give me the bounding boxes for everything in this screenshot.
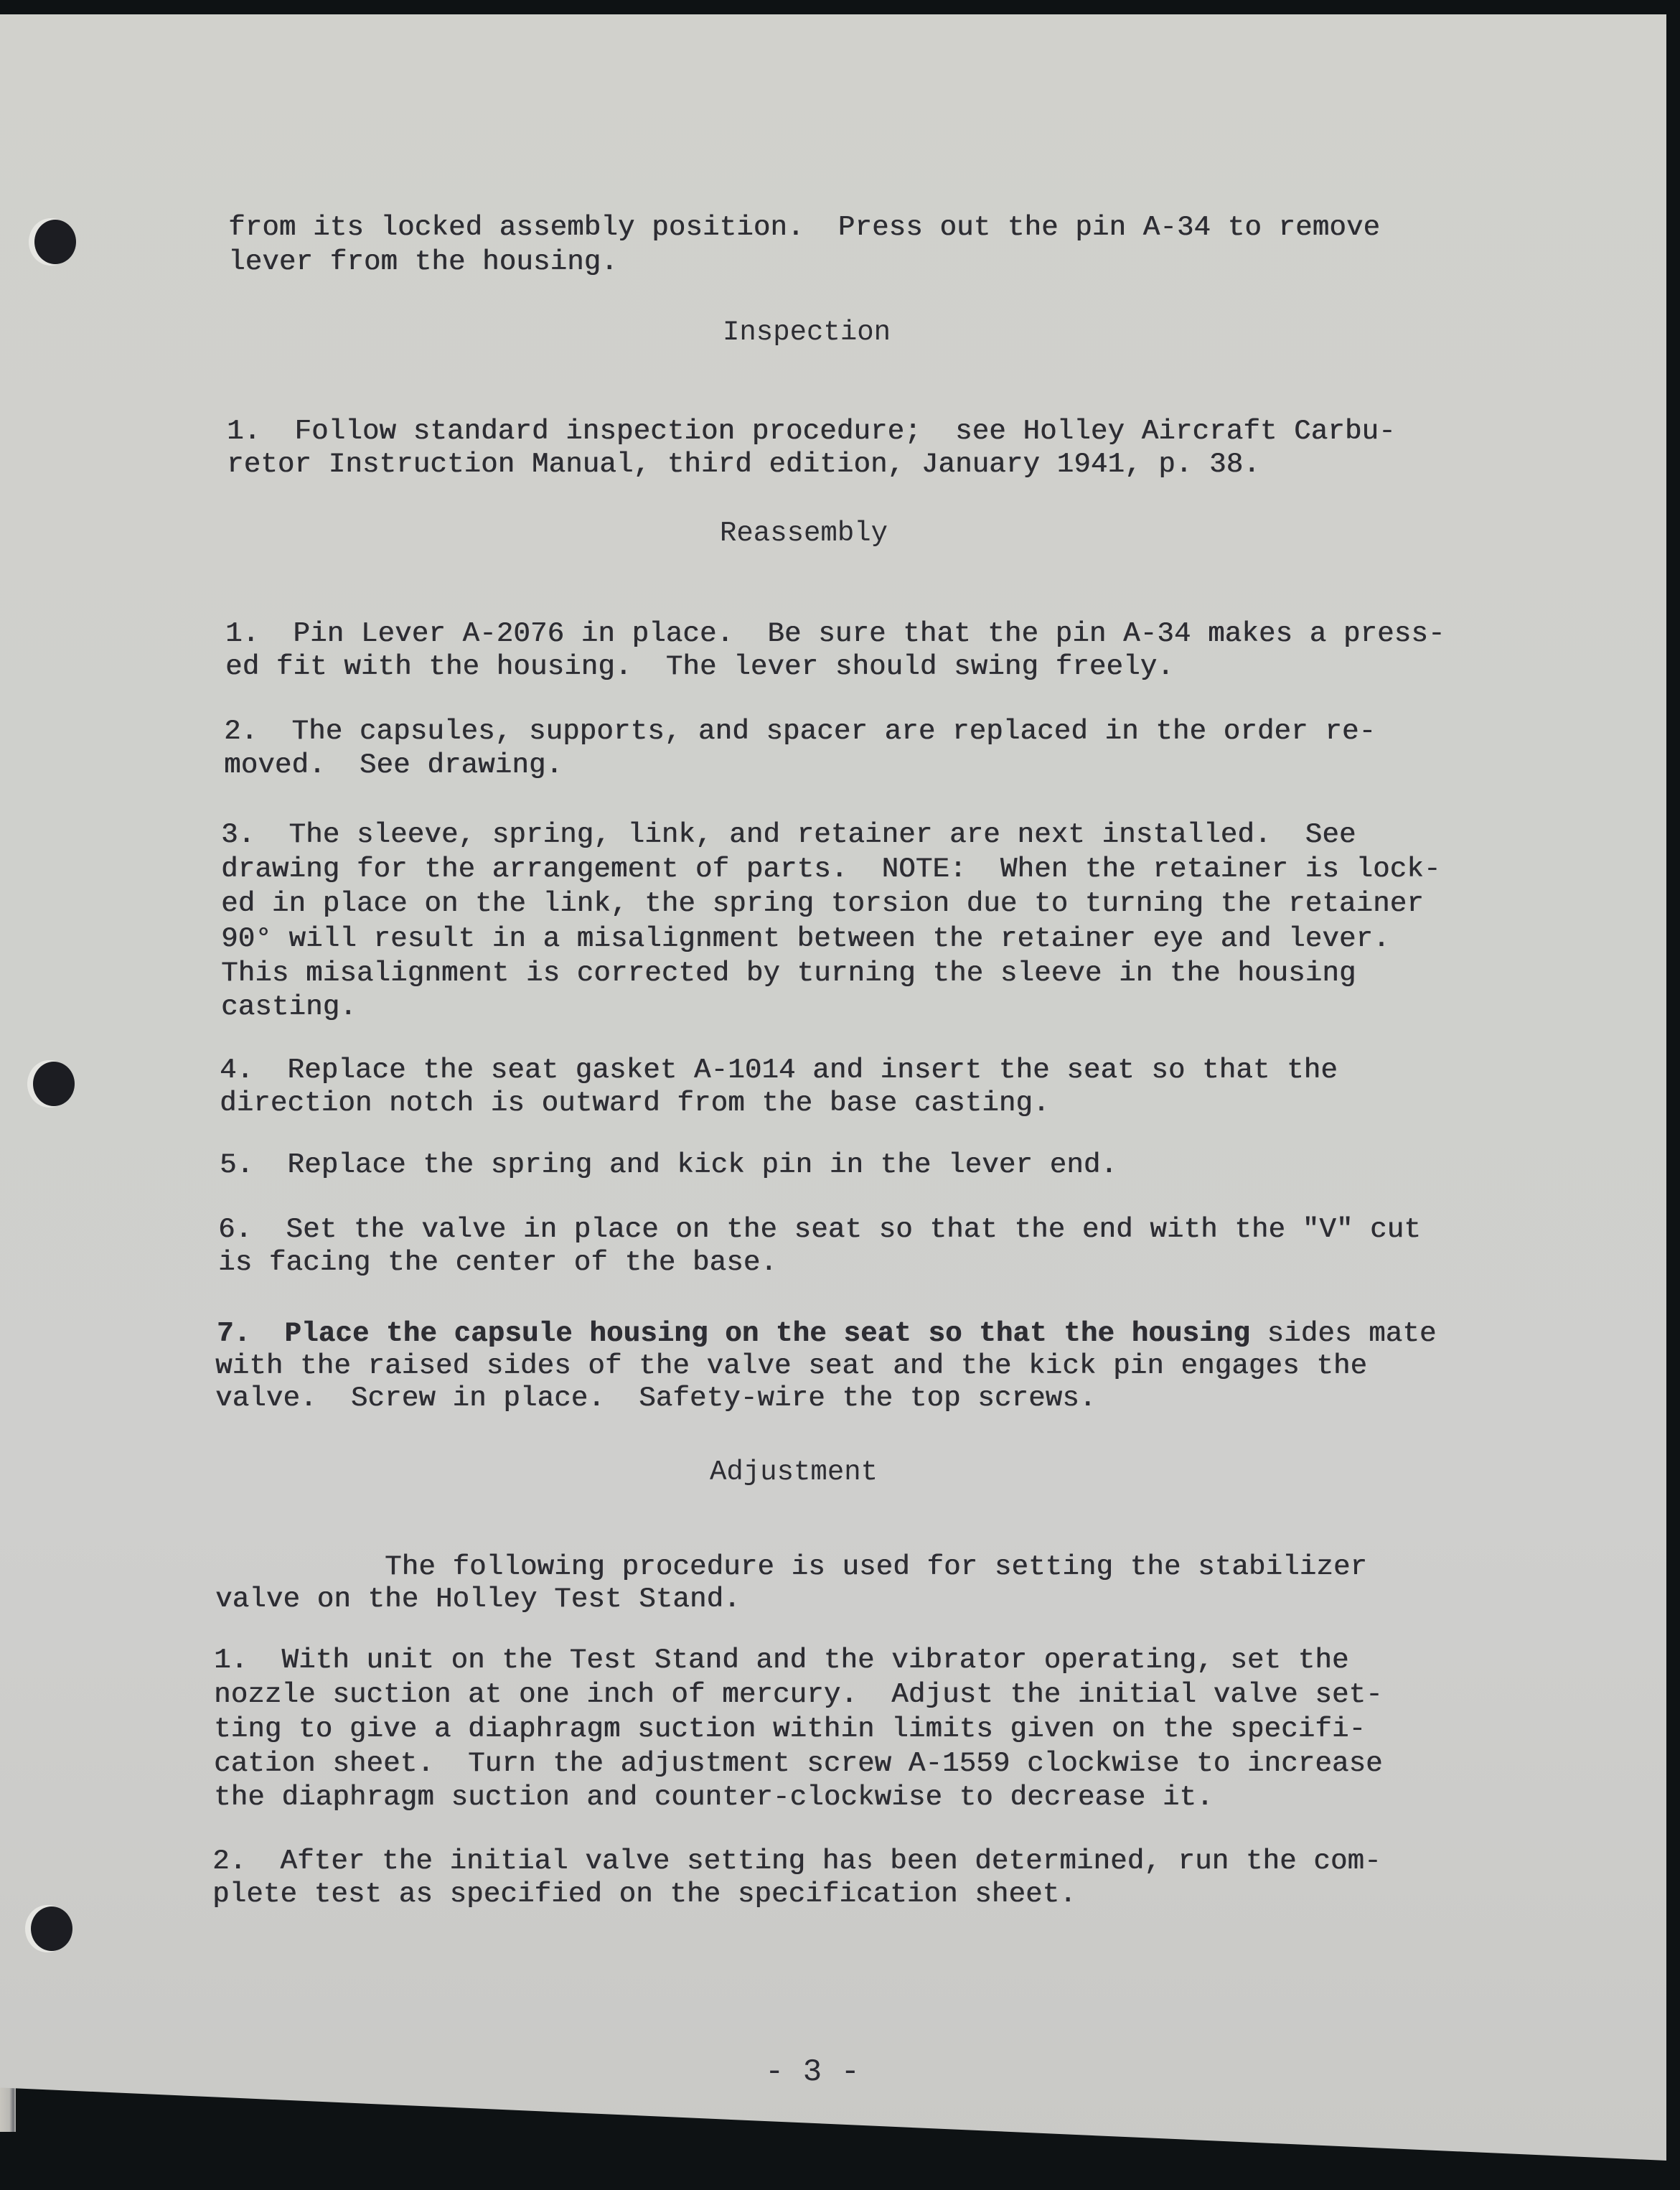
reassembly-item-3-line: 3. The sleeve, spring, link, and retaine… [221,818,1356,852]
reassembly-item-7-line: valve. Screw in place. Safety-wire the t… [215,1382,1096,1415]
reassembly-item-3-line: casting. [221,991,357,1024]
adjustment-item-1-line: cation sheet. Turn the adjustment screw … [214,1747,1383,1781]
adjustment-intro-line: valve on the Holley Test Stand. [215,1583,741,1616]
adjustment-item-1-line: ting to give a diaphragm suction within … [214,1713,1366,1746]
reassembly-item-1-line: ed fit with the housing. The lever shoul… [225,650,1174,684]
reassembly-item-2-line: 2. The capsules, supports, and spacer ar… [224,715,1376,749]
reassembly-item-7-line: 7. Place the capsule housing on the seat… [217,1317,1437,1351]
inspection-item-1-line: retor Instruction Manual, third edition,… [227,448,1260,482]
reassembly-item-6-line: is facing the center of the base. [218,1246,777,1280]
page-number: - 3 - [765,2054,860,2090]
adjustment-item-1-line: 1. With unit on the Test Stand and the v… [214,1644,1348,1677]
body-line: lever from the housing. [228,245,618,279]
adjustment-intro-line: The following procedure is used for sett… [215,1550,1367,1584]
adjustment-item-1-line: nozzle suction at one inch of mercury. A… [214,1678,1383,1712]
section-heading-inspection: Inspection [723,316,891,350]
reassembly-item-2-line: moved. See drawing. [224,749,563,782]
reassembly-item-3-line: 90° will result in a misalignment betwee… [221,922,1390,956]
body-line: from its locked assembly position. Press… [228,211,1380,245]
reassembly-item-6-line: 6. Set the valve in place on the seat so… [218,1213,1421,1247]
section-heading-adjustment: Adjustment [710,1456,878,1489]
binder-hole [33,1062,75,1106]
binder-hole [31,1906,72,1951]
reassembly-item-5-line: 5. Replace the spring and kick pin in th… [220,1148,1117,1182]
adjustment-item-1-line: the diaphragm suction and counter-clockw… [214,1781,1214,1815]
body-text: sides mate [1250,1318,1437,1349]
adjustment-item-2-line: plete test as specified on the specifica… [212,1878,1076,1911]
section-heading-reassembly: Reassembly [720,517,888,551]
reassembly-item-4-line: direction notch is outward from the base… [220,1087,1050,1120]
reassembly-item-7-line: with the raised sides of the valve seat … [215,1349,1367,1383]
reassembly-item-1-line: 1. Pin Lever A-2076 in place. Be sure th… [225,617,1445,651]
reassembly-item-3-line: ed in place on the link, the spring tors… [221,887,1424,921]
bold-emphasis: 7. Place the capsule housing on the seat… [217,1318,1250,1349]
adjustment-item-2-line: 2. After the initial valve setting has b… [212,1845,1381,1878]
inspection-item-1-line: 1. Follow standard inspection procedure;… [227,415,1396,449]
binder-hole [34,220,76,264]
reassembly-item-3-line: drawing for the arrangement of parts. NO… [221,853,1440,886]
reassembly-item-4-line: 4. Replace the seat gasket A-1014 and in… [220,1054,1338,1087]
reassembly-item-3-line: This misalignment is corrected by turnin… [221,957,1356,991]
